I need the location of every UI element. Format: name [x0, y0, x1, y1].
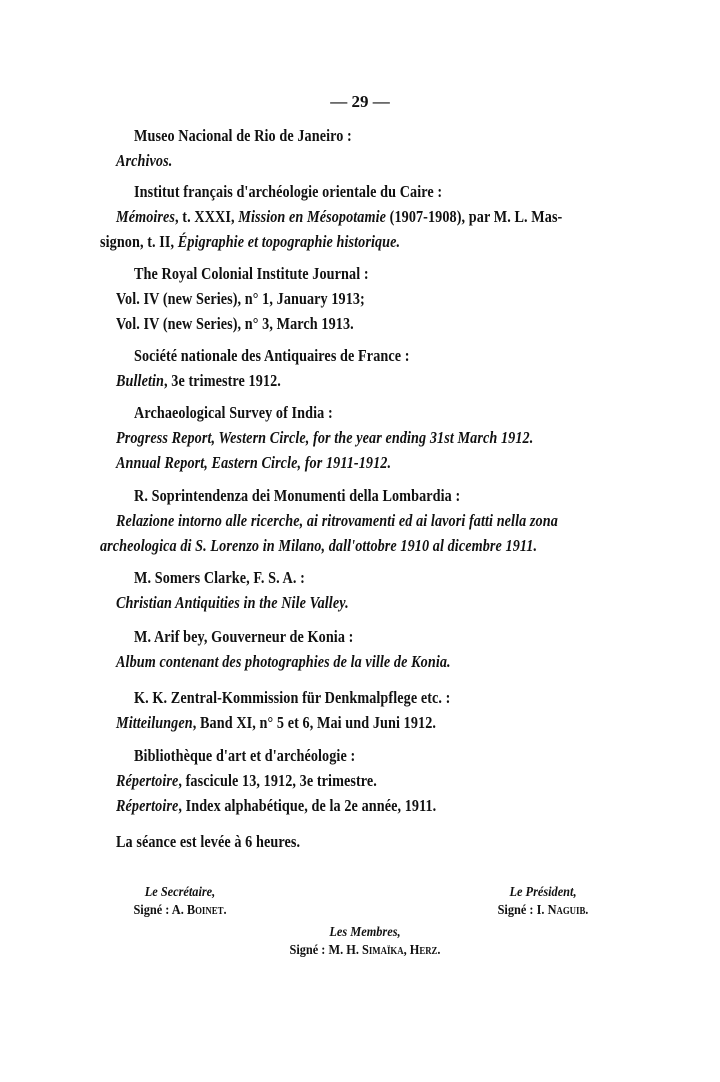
signature-title: Le Secrétaire,: [127, 884, 233, 902]
donor-heading: Institut français d'archéologie oriental…: [134, 182, 442, 202]
donor-heading: Société nationale des Antiquaires de Fra…: [134, 346, 410, 366]
publication-detail: , 3e trimestre 1912.: [164, 371, 281, 390]
publication-item: Répertoire, Index alphabétique, de la 2e…: [116, 796, 436, 816]
signature-line: Signé : A. Boinet.: [127, 902, 233, 920]
publication-detail: , Index alphabétique, de la 2e année, 19…: [178, 796, 436, 815]
donor-heading: R. Soprintendenza dei Monumenti della Lo…: [134, 486, 460, 506]
signatory-name: Naguib.: [548, 903, 589, 918]
publication-item-continued: archeologica di S. Lorenzo in Milano, da…: [100, 536, 537, 556]
document-page: — 29 — Museo Nacional de Rio de Janeiro …: [0, 0, 720, 1082]
publication-title: Mission en Mésopotamie: [238, 207, 386, 226]
signature-title: Les Membres,: [281, 924, 448, 942]
donor-heading: Bibliothèque d'art et d'archéologie :: [134, 746, 355, 766]
publication-title: Bulletin: [116, 371, 164, 390]
publication-item: Album contenant des photographies de la …: [116, 652, 451, 672]
donor-heading: Archaeological Survey of India :: [134, 403, 333, 423]
signature-line: Signé : I. Naguib.: [486, 902, 600, 920]
donor-heading: Museo Nacional de Rio de Janeiro :: [134, 126, 352, 146]
publication-item: Progress Report, Western Circle, for the…: [116, 428, 533, 448]
signature-title: Le Président,: [486, 884, 600, 902]
publication-title: Épigraphie et topographie historique.: [178, 232, 400, 251]
signature-secretary: Le Secrétaire, Signé : A. Boinet.: [127, 884, 233, 920]
publication-title: Mitteilungen: [116, 713, 193, 732]
publication-item: Vol. IV (new Series), n° 3, March 1913.: [116, 314, 354, 334]
publication-item: Relazione intorno alle ricerche, ai ritr…: [116, 511, 558, 531]
publication-item: Bulletin, 3e trimestre 1912.: [116, 371, 281, 391]
publication-detail: , fascicule 13, 1912, 3e trimestre.: [178, 771, 377, 790]
publication-detail: (1907-1908), par M. L. Mas-: [386, 207, 562, 226]
closing-statement: La séance est levée à 6 heures.: [116, 832, 300, 852]
publication-title: Répertoire: [116, 796, 178, 815]
publication-item: Annual Report, Eastern Circle, for 1911-…: [116, 453, 391, 473]
publication-item: Répertoire, fascicule 13, 1912, 3e trime…: [116, 771, 377, 791]
publication-item-continued: signon, t. II, Épigraphie et topographie…: [100, 232, 400, 252]
publication-item: Christian Antiquities in the Nile Valley…: [116, 593, 349, 613]
signed-label: Signé : I.: [498, 903, 548, 918]
publication-title: Mémoires: [116, 207, 175, 226]
donor-heading: M. Arif bey, Gouverneur de Konia :: [134, 627, 353, 647]
signatory-name: Simaïka, Herz.: [362, 943, 440, 958]
signatory-name: Boinet.: [187, 903, 227, 918]
signature-president: Le Président, Signé : I. Naguib.: [486, 884, 600, 920]
publication-detail: , t. XXXI,: [175, 207, 238, 226]
publication-item: Mitteilungen, Band XI, n° 5 et 6, Mai un…: [116, 713, 436, 733]
publication-title: Répertoire: [116, 771, 178, 790]
signature-line: Signé : M. H. Simaïka, Herz.: [281, 942, 448, 960]
publication-detail: , Band XI, n° 5 et 6, Mai und Juni 1912.: [193, 713, 436, 732]
publication-item: Archivos.: [116, 151, 172, 171]
publication-item: Mémoires, t. XXXI, Mission en Mésopotami…: [116, 207, 562, 227]
signed-label: Signé : M. H.: [289, 943, 362, 958]
signed-label: Signé : A.: [133, 903, 186, 918]
donor-heading: The Royal Colonial Institute Journal :: [134, 264, 369, 284]
signature-members: Les Membres, Signé : M. H. Simaïka, Herz…: [281, 924, 448, 960]
donor-heading: M. Somers Clarke, F. S. A. :: [134, 568, 305, 588]
page-number: — 29 —: [0, 92, 720, 112]
publication-detail: signon, t. II,: [100, 232, 178, 251]
publication-item: Vol. IV (new Series), n° 1, January 1913…: [116, 289, 365, 309]
donor-heading: K. K. Zentral-Kommission für Denkmalpfle…: [134, 688, 450, 708]
